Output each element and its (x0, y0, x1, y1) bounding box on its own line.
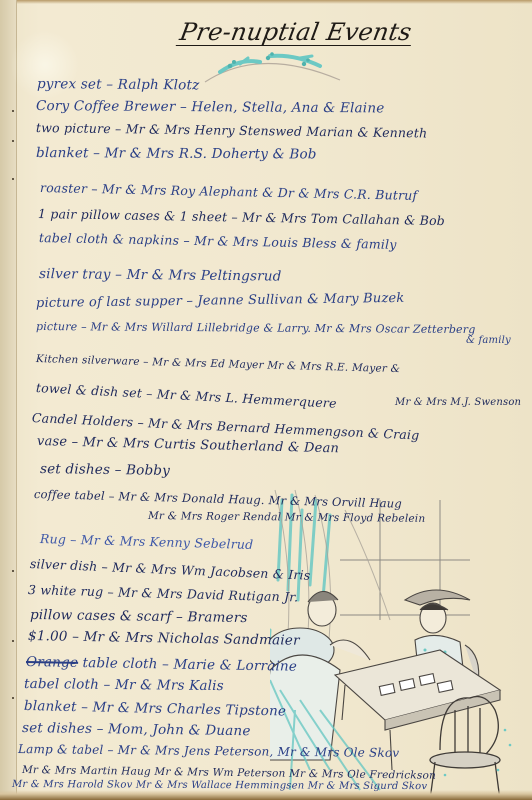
scrapbook-page: Pre-nuptial Events (0, 0, 532, 800)
gift-entry: tabel cloth & napkins – Mr & Mrs Louis B… (39, 230, 397, 252)
struck-word: Orange (26, 654, 78, 671)
gift-entry: 3 white rug – Mr & Mrs David Rutigan Jr. (28, 582, 299, 605)
gift-entry: Orange table cloth – Marie & Lorraine (26, 654, 297, 675)
gift-entry: towel & dish set – Mr & Mrs L. Hemmerque… (36, 380, 337, 411)
gift-entry: Cory Coffee Brewer – Helen, Stella, Ana … (36, 98, 385, 116)
gift-entry: Lamp & tabel – Mr & Mrs Jens Peterson, M… (18, 742, 399, 760)
gift-entry: blanket – Mr & Mrs Charles Tipstone (24, 698, 286, 719)
gift-entry: silver dish – Mr & Mrs Wm Jacobsen & Iri… (30, 556, 311, 583)
gift-entry: coffee tabel – Mr & Mrs Donald Haug. Mr … (34, 487, 402, 511)
gift-entry-note: Mr & Mrs M.J. Swenson (395, 397, 521, 408)
gift-entry-note: & family (466, 335, 511, 346)
gift-entry: Kitchen silverware – Mr & Mrs Ed Mayer M… (36, 353, 401, 375)
gift-entry: tabel cloth – Mr & Mrs Kalis (24, 676, 224, 694)
gift-entry: picture of last supper – Jeanne Sullivan… (36, 291, 405, 311)
gift-entry: Rug – Mr & Mrs Kenny Sebelrud (40, 531, 254, 552)
gift-entry: silver tray – Mr & Mrs Peltingsrud (39, 266, 282, 285)
gift-entry: vase – Mr & Mrs Curtis Southerland & Dea… (37, 434, 339, 456)
gift-entry: pillow cases & scarf – Bramers (30, 607, 248, 626)
gift-entry: set dishes – Bobby (40, 461, 170, 479)
gift-entry: roaster – Mr & Mrs Roy Alephant & Dr & M… (40, 180, 418, 203)
gift-entry: 1 pair pillow cases & 1 sheet – Mr & Mrs… (38, 206, 445, 228)
gift-entry: Mr & Mrs Harold Skov Mr & Mrs Wallace He… (12, 779, 427, 792)
gift-entry: picture – Mr & Mrs Willard Lillebridge &… (36, 320, 476, 336)
gift-entry: pyrex set – Ralph Klotz (37, 76, 200, 93)
gift-entry: set dishes – Mom, John & Duane (22, 720, 251, 739)
gift-entry-note: Mr & Mrs Roger Rendal Mr & Mrs Floyd Reb… (148, 510, 425, 525)
gift-entry: $1.00 – Mr & Mrs Nicholas Sandmaier (28, 628, 300, 649)
gift-entry: two picture – Mr & Mrs Henry Stenswed Ma… (36, 120, 428, 140)
gift-entry: blanket – Mr & Mrs R.S. Doherty & Bob (36, 145, 317, 162)
gift-list: pyrex set – Ralph Klotz Cory Coffee Brew… (0, 0, 532, 800)
